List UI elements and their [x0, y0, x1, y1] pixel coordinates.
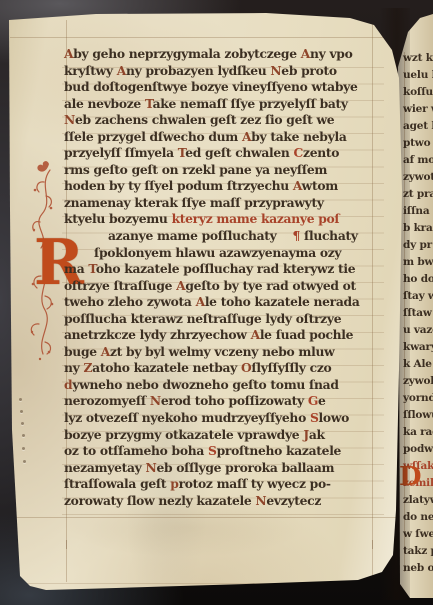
text-line: ale nevboze Take nemaſſ ſſye przyelyſſ b… — [64, 96, 384, 113]
ruling-tick-left — [66, 540, 67, 549]
text-line: ma Toho kazatele poſſluchay rad kterywz … — [64, 261, 384, 278]
ruling-tick-right — [372, 540, 373, 549]
text-line: ſtraſſowala geſt protoz maſſ ty wyecz po… — [64, 476, 384, 493]
text-line: poſſlucha kterawz neſtraſſuge lydy oſtrz… — [64, 311, 384, 328]
text-line: bozye przygmy otkazatele vprawdye Jak — [64, 427, 384, 444]
text-block: Aby geho neprzygymala zobytczege Any vpo… — [64, 46, 384, 509]
manuscript-photo: wzt kauelu kkoſſuwier waget kptwo waf mo… — [0, 0, 433, 605]
text-line: znamenay kterak ſſye maſſ przyprawyty — [64, 195, 384, 212]
text-line: anetrzkcze lydy zhrzyechow Ale ſuad poch… — [64, 327, 384, 344]
text-line: rms geſto geſt on rzekl pane ya neyſſem — [64, 162, 384, 179]
text-line: oz to otſſameho boha Sproſtneho kazatele — [64, 443, 384, 460]
text-line: dywneho nebo dwozneho geſto tomu ſnad — [64, 377, 384, 394]
text-line: buge Azt by byl welmy vczeny nebo mluw — [64, 344, 384, 361]
text-line: zorowaty ſlow nezly kazatele Nevzytecz — [64, 493, 384, 510]
text-line: nerozomyeſſ Nerod toho poſſizowaty Ge — [64, 393, 384, 410]
ruling-line-top — [10, 37, 400, 38]
text-line: przyelyſſ ſſmyela Ted geſt chwalen Czent… — [64, 145, 384, 162]
text-line: ſſele przygel dſwecho dum Aby take nebyl… — [64, 129, 384, 146]
text-line: nezamyetay Neb oſſlyge proroka ballaam — [64, 460, 384, 477]
text-line: ktyelu bozyemu kteryz mame kazanye poſ — [64, 211, 384, 228]
text-line: azanye mame poſſluchaty ¶ ſluchaty — [108, 228, 384, 245]
text-line: Aby geho neprzygymala zobytczege Any vpo — [64, 46, 384, 63]
text-line: ſpoklonyem hlawu azawzyenayma ozy — [94, 245, 384, 262]
text-line: lyz otvezeſſ nyekoho mudrzyeyſſyeho Slow… — [64, 410, 384, 427]
text-line: Neb zachens chwalen geſt zez ſio geſt we — [64, 112, 384, 129]
text-line: bud doſtogenſtwye bozye vineyſſyeno wtab… — [64, 79, 384, 96]
text-line: ny Zatoho kazatele netbay Oſlyſſyſſly cz… — [64, 360, 384, 377]
text-line: tweho zleho zywota Ale toho kazatele ner… — [64, 294, 384, 311]
text-line: hoden by ty ſſyel podum ſtrzyechu Awtom — [64, 178, 384, 195]
text-line: oſtrzye ſtraſſuge Ageſto by tye rad otwy… — [64, 278, 384, 295]
manuscript-page: R Aby geho neprzygymala zobytczege Any v… — [6, 10, 404, 598]
text-line: kryſtwy Any probazyen lydſkeu Neb proto — [64, 63, 384, 80]
